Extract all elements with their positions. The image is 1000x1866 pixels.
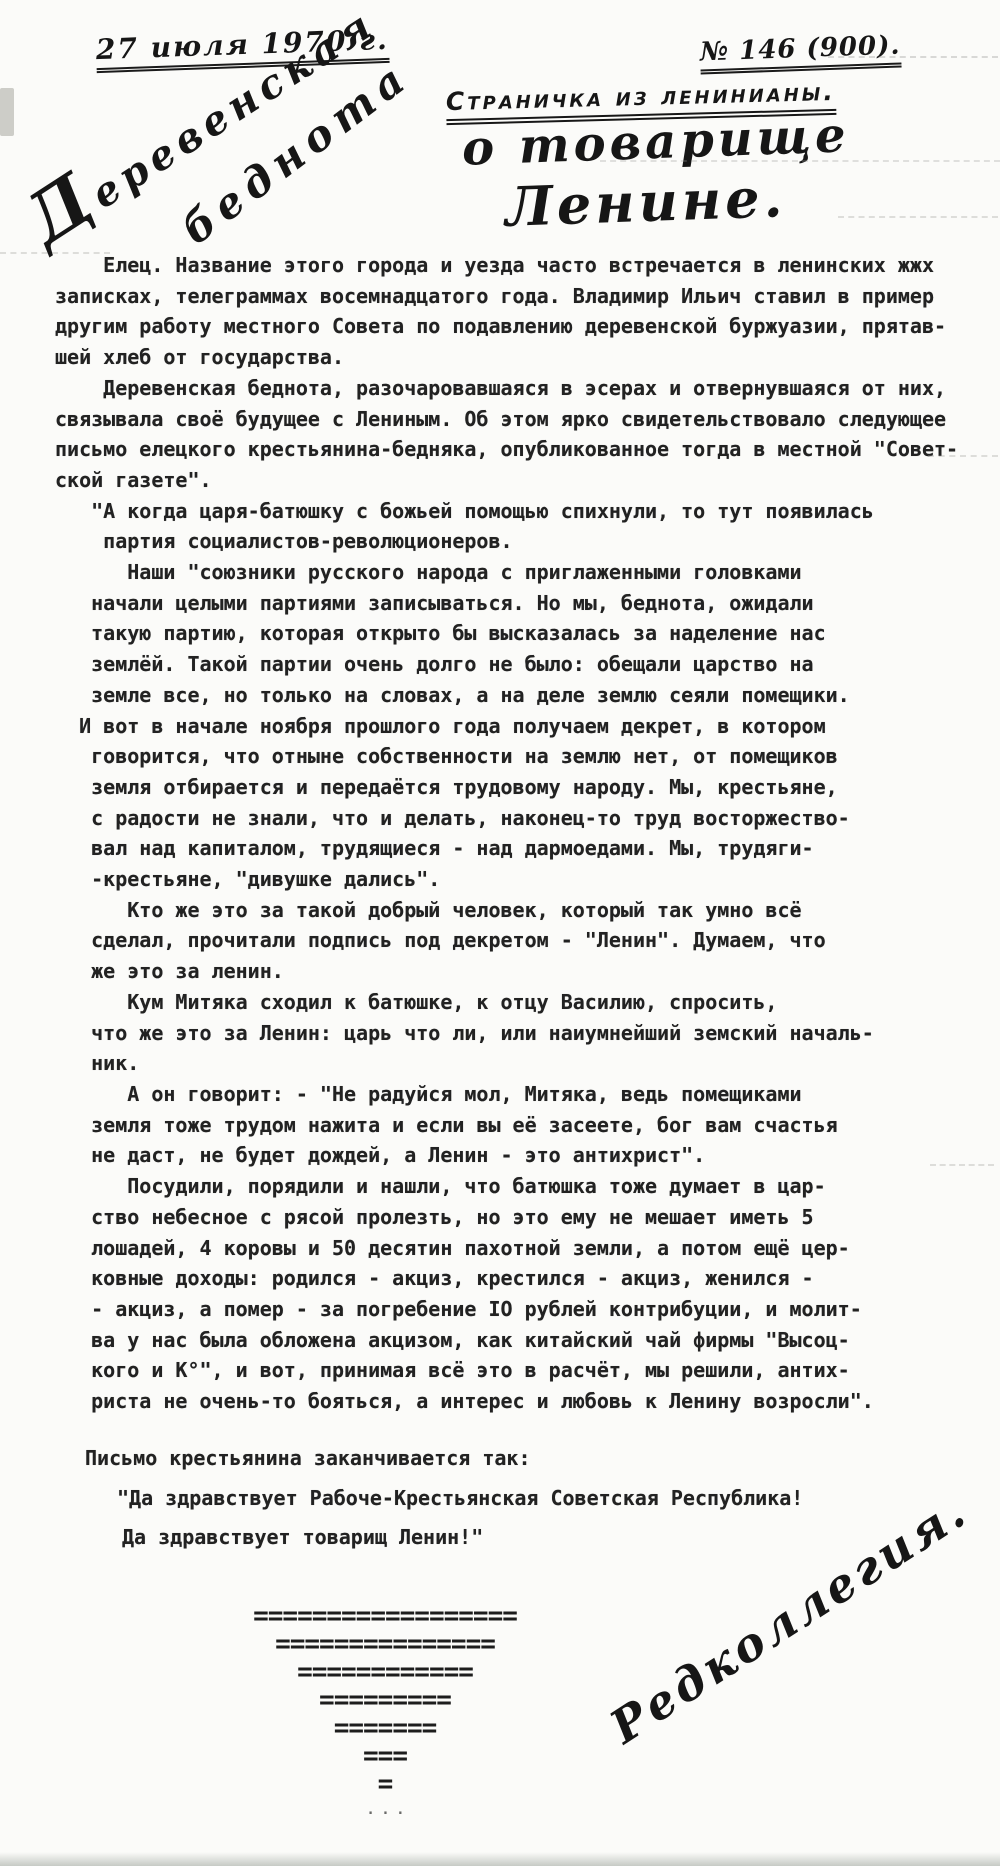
divider-row: = <box>55 1770 715 1798</box>
scan-artifact-blob <box>0 88 14 136</box>
divider-row: ============ <box>55 1658 715 1686</box>
scan-artifact <box>928 455 998 457</box>
divider-row: ================== <box>55 1602 715 1630</box>
scan-artifact <box>600 160 1000 162</box>
slogan-line-1: "Да здравствует Рабоче-Крестьянская Сове… <box>117 1486 803 1510</box>
issue-number: № 146 (900). <box>699 31 901 75</box>
scan-artifact <box>838 216 998 218</box>
scan-artifact <box>828 56 998 58</box>
scan-artifact <box>0 252 110 254</box>
body-text: Елец. Название этого города и уезда част… <box>55 250 958 1417</box>
page-title-line2: Ленине. <box>504 165 787 239</box>
slogan-line-2: Да здравствует товарищ Ленин!" <box>122 1525 483 1549</box>
divider-row: . . . <box>55 1798 715 1822</box>
divider-row: === <box>55 1742 715 1770</box>
bottom-scan-edge <box>0 1852 1000 1866</box>
divider-row: =============== <box>55 1630 715 1658</box>
scanned-newsletter-page: 27 июля 1970 г. № 146 (900). Деревенская… <box>0 0 1000 1866</box>
scan-artifact <box>930 1164 994 1166</box>
closing-lead: Письмо крестьянина заканчивается так: <box>85 1446 531 1470</box>
